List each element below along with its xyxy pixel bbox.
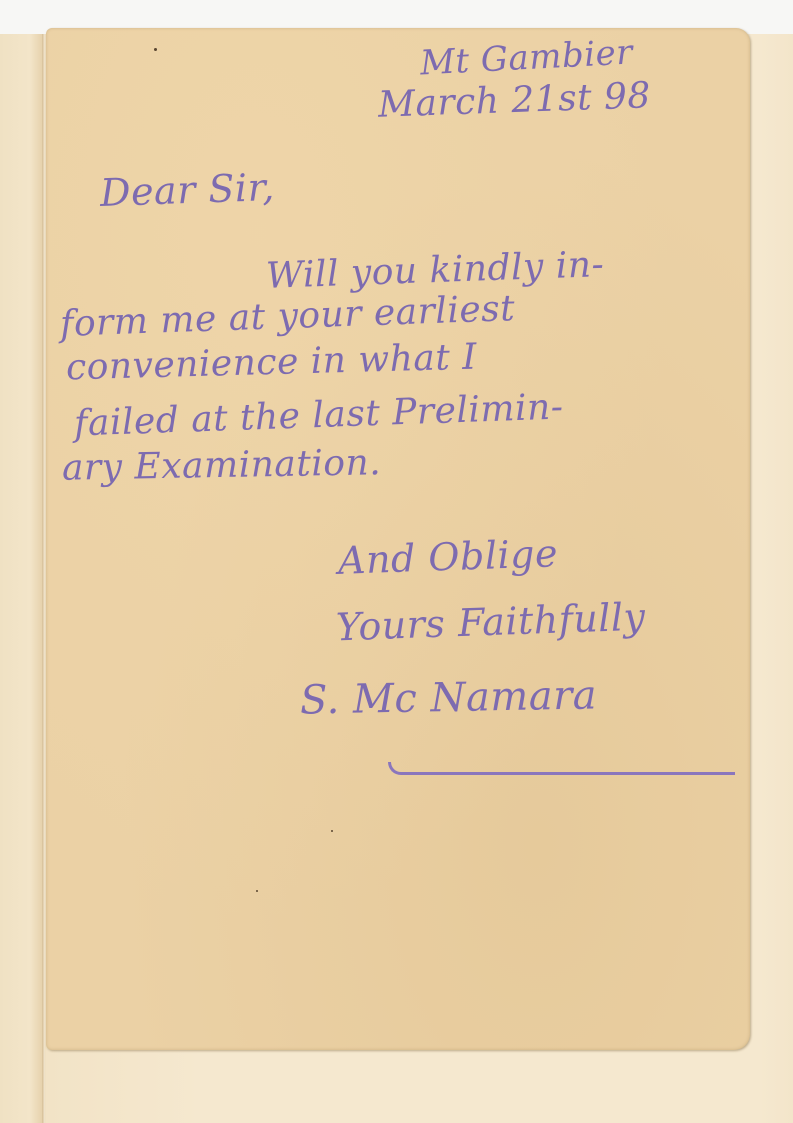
album-fold-line — [42, 34, 45, 1123]
paper-speck — [256, 890, 258, 892]
letter-closing: And Oblige — [337, 531, 558, 583]
letter-salutation: Dear Sir, — [99, 165, 275, 215]
letter-signature: S. Mc Namara — [300, 672, 598, 723]
letter-body-line: ary Examination. — [62, 442, 382, 489]
signature-underline — [388, 762, 735, 775]
paper-speck — [154, 48, 157, 51]
paper-speck — [331, 830, 333, 832]
